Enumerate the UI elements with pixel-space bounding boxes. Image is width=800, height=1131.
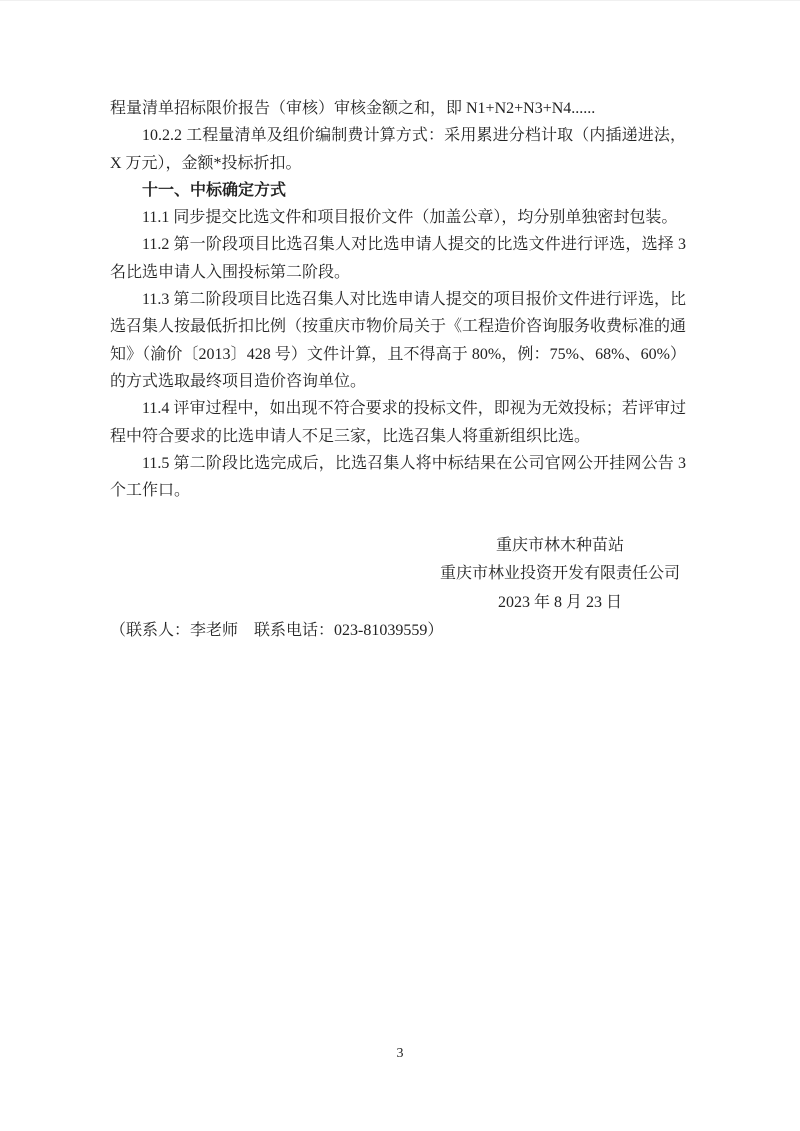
signature-date: 2023 年 8 月 23 日 bbox=[434, 589, 686, 618]
paragraph-overflow-10-2-1: 程量清单招标限价报告（审核）审核金额之和，即 N1+N2+N3+N4...... bbox=[110, 95, 686, 122]
signature-org-2: 重庆市林业投资开发有限责任公司 bbox=[434, 560, 686, 589]
signature-org-1: 重庆市林木种苗站 bbox=[434, 532, 686, 561]
page-number: 3 bbox=[0, 1046, 800, 1062]
paragraph-11-3: 11.3 第二阶段项目比选召集人对比选申请人提交的项目报价文件进行评选，比选召集… bbox=[110, 286, 686, 395]
paragraph-11-1: 11.1 同步提交比选文件和项目报价文件（加盖公章），均分别单独密封包装。 bbox=[110, 204, 686, 231]
blank-line bbox=[110, 504, 686, 531]
paragraph-11-4: 11.4 评审过程中，如出现不符合要求的投标文件，即视为无效投标；若评审过程中符… bbox=[110, 395, 686, 450]
paragraph-11-2: 11.2 第一阶段项目比选召集人对比选申请人提交的比选文件进行评选，选择 3 名… bbox=[110, 231, 686, 286]
section-heading-11: 十一、中标确定方式 bbox=[110, 177, 686, 204]
contact-line: （联系人：李老师 联系电话：023-81039559） bbox=[110, 617, 686, 644]
paragraph-10-2-2: 10.2.2 工程量清单及组价编制费计算方式：采用累进分档计取（内插递进法，X … bbox=[110, 122, 686, 177]
document-page: 程量清单招标限价报告（审核）审核金额之和，即 N1+N2+N3+N4......… bbox=[0, 0, 800, 1131]
paragraph-11-5: 11.5 第二阶段比选完成后，比选召集人将中标结果在公司官网公开挂网公告 3 个… bbox=[110, 450, 686, 505]
signature-block: 重庆市林木种苗站 重庆市林业投资开发有限责任公司 2023 年 8 月 23 日 bbox=[434, 532, 686, 618]
document-body: 程量清单招标限价报告（审核）审核金额之和，即 N1+N2+N3+N4......… bbox=[110, 95, 686, 645]
